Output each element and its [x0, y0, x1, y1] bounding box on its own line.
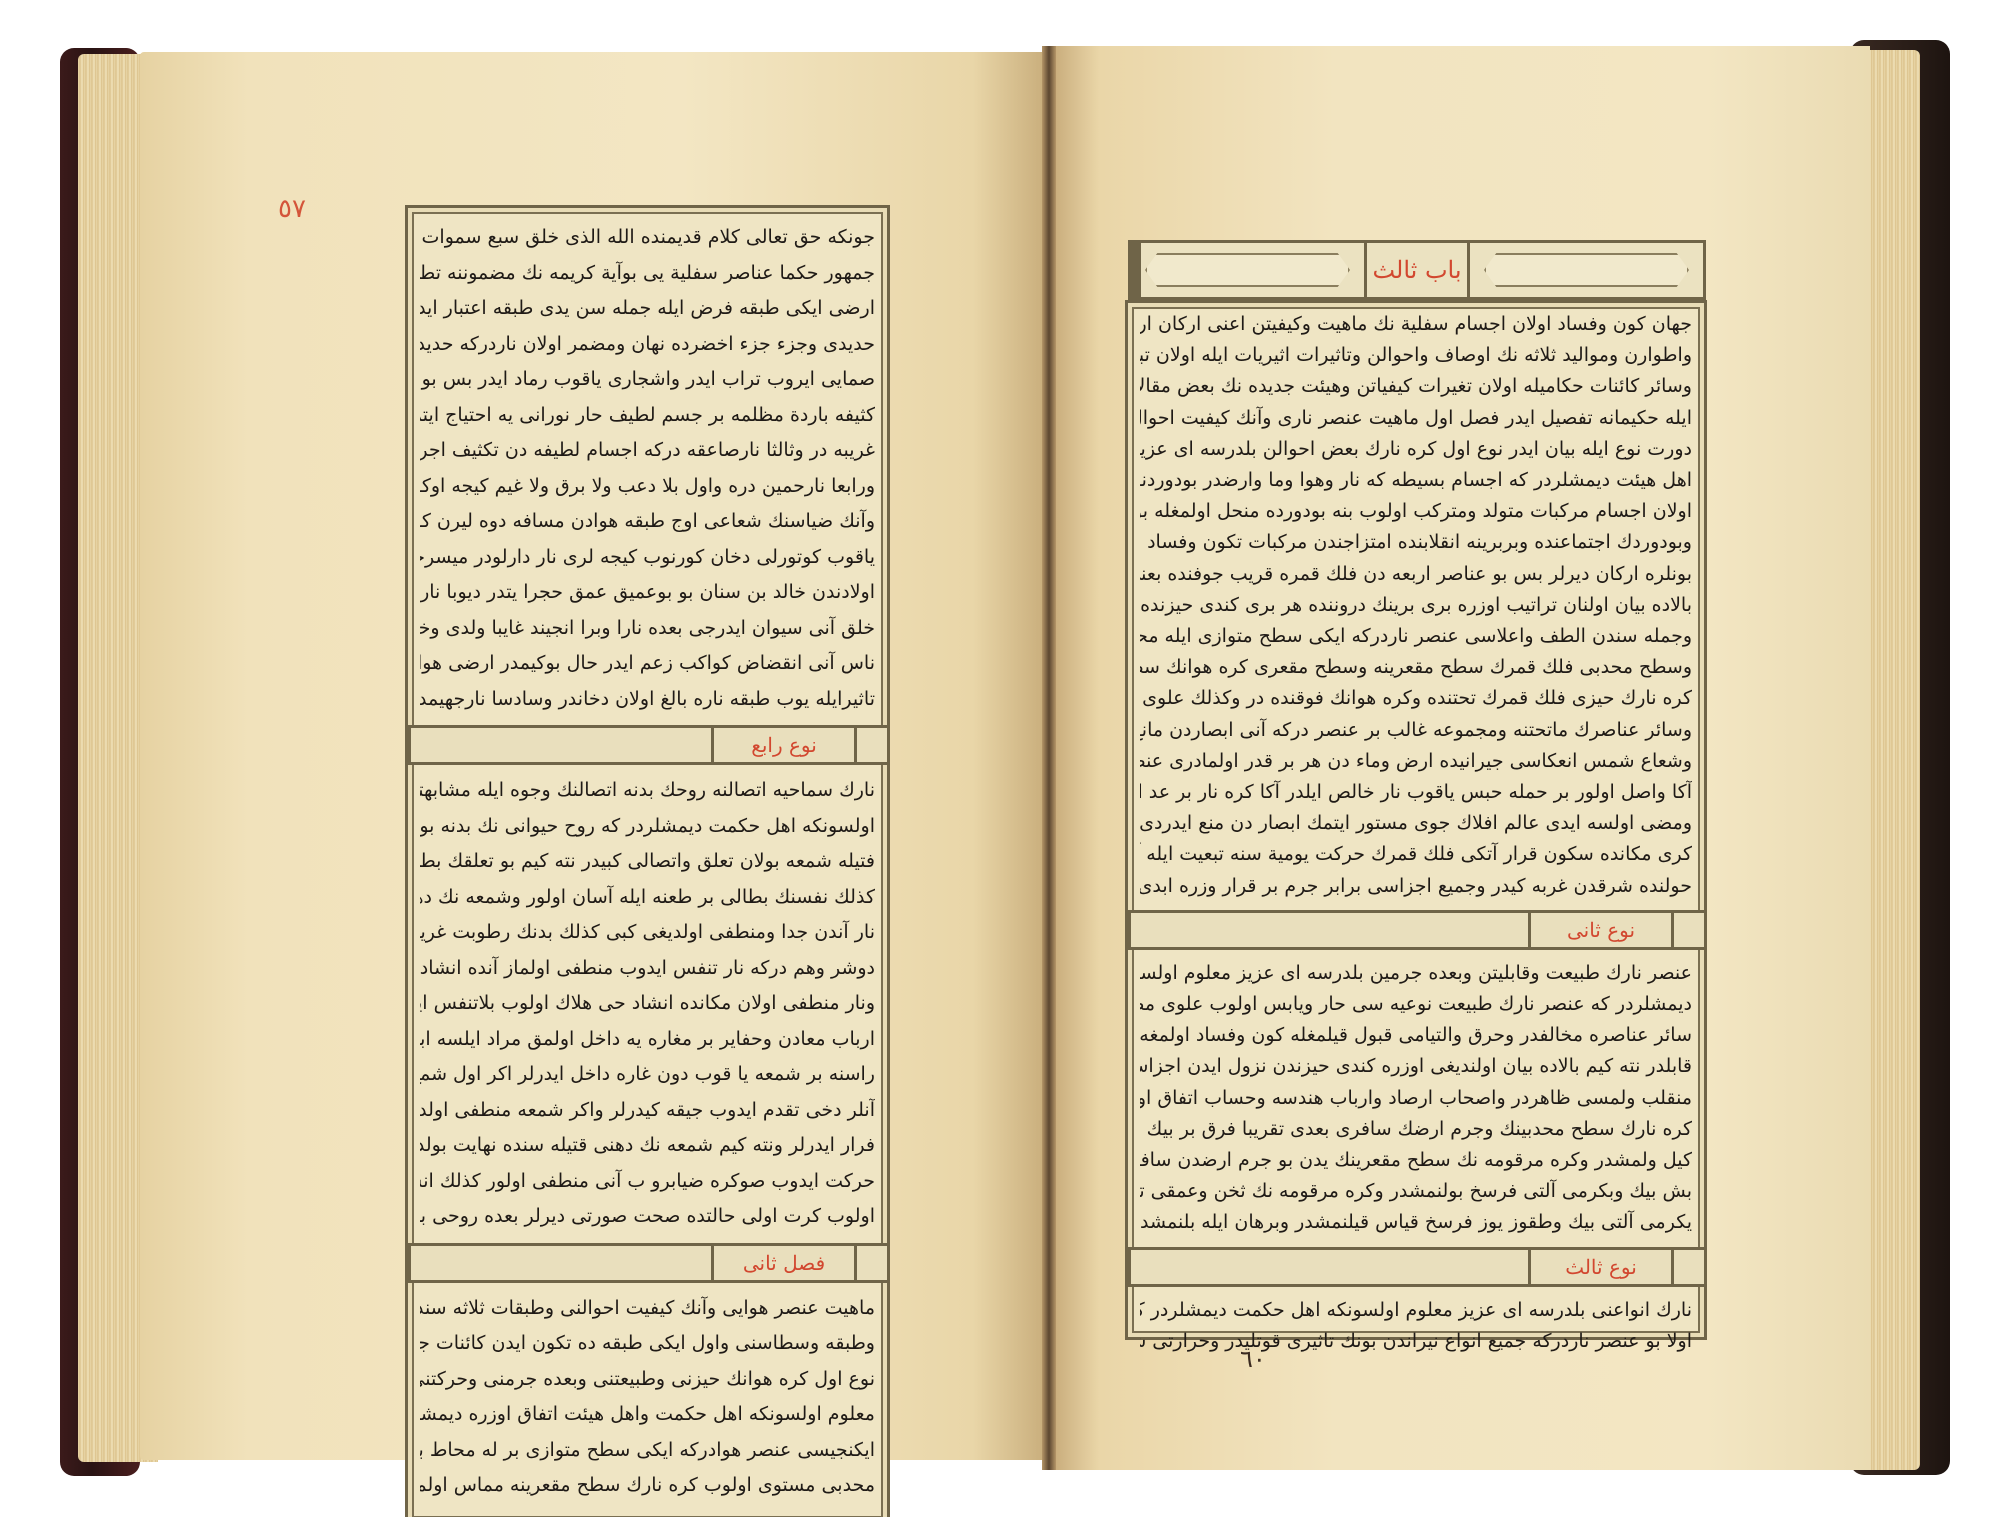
text-line: جهان كون وفساد اولان اجسام سفلية نك ماهي… — [1140, 309, 1692, 340]
text-line: تاثيرايله يوب طبقه ناره بالغ اولان دخاند… — [420, 682, 875, 718]
divider-end — [1671, 913, 1704, 947]
section-heading-divider: نوع ثانى — [1128, 910, 1704, 950]
text-line: وجمله سندن الطف واعلاسى عنصر ناردركه ايك… — [1140, 621, 1692, 652]
text-line: ايكنجيسى عنصر هوادركه ايكى سطح متوازى بر… — [420, 1433, 875, 1469]
text-line: قابلدر نته كيم بالاده بيان اولنديغى اوزر… — [1140, 1051, 1692, 1082]
section-text: جهان كون وفساد اولان اجسام سفلية نك ماهي… — [1140, 309, 1692, 902]
text-line: خلق آنى سيوان ايدرجى بعده نارا وبرا انجي… — [420, 611, 875, 647]
text-line: بونلره اركان ديرلر بس بو عناصر اربعه دن … — [1140, 559, 1692, 590]
section-text: جونكه حق تعالى كلام قديمنده الله الذى خل… — [420, 220, 875, 717]
section-heading: فصل ثانى — [711, 1246, 854, 1280]
text-line: اولان اجسام مركبات متولد ومتركب اولوب بن… — [1140, 496, 1692, 527]
text-line: آنلر دخى تقدم ايدوب جيقه كيدرلر واكر شمع… — [420, 1093, 875, 1129]
left-folio-number: ٥٧ — [278, 194, 306, 224]
text-line: وشعاع شمس انعكاسى جيرانيده ارض وماء دن ه… — [1140, 746, 1692, 777]
section-heading: نوع رابع — [711, 728, 854, 762]
text-line: نار آندن جدا ومنطفى اولديغى كبى كذلك بدن… — [420, 915, 875, 951]
text-line: كره نارك حيزى فلك قمرك تحتنده وكره هوانك… — [1140, 683, 1692, 714]
text-line: عنصر نارك طبيعت وقابليتن وبعده جرمين بلد… — [1140, 958, 1692, 989]
section-heading: نوع ثانى — [1528, 913, 1671, 947]
header-ornament-right — [1470, 243, 1703, 297]
divider-fill — [408, 728, 711, 762]
text-line: كثيفه باردة مظلمه بر جسم لطيف حار نورانى… — [420, 398, 875, 434]
text-line: كره نارك سطح محدبينك وجرم ارضك سافرى بعد… — [1140, 1114, 1692, 1145]
section-heading-divider: فصل ثانى — [408, 1243, 887, 1283]
section-heading-divider: نوع ثالث — [1128, 1247, 1704, 1287]
text-line: وبودوردك اجتماعنده وبربرينه انقلابنده ام… — [1140, 527, 1692, 558]
text-line: حولنده شرقدن غربه كيدر وجميع اجزاسى براب… — [1140, 871, 1692, 902]
text-line: حركت ايدوب صوكره ضيابرو ب آنى منطفى اولو… — [420, 1164, 875, 1200]
text-line: ديمشلردر كه عنصر نارك طبيعت نوعيه سى حار… — [1140, 989, 1692, 1020]
text-line: يكرمى آلتى بيك وطقوز يوز فرسخ قياس قيلنم… — [1140, 1207, 1692, 1238]
text-line: ناس آنى انقضاض كواكب زعم ايدر حال بوكيمد… — [420, 646, 875, 682]
text-line: اولادندن خالد بن سنان بو بوعميق عمق حجرا… — [420, 575, 875, 611]
text-line: واطوارن ومواليد ثلاثه نك اوصاف واحوالن و… — [1140, 340, 1692, 371]
right-folio-number: ٦٠ — [1240, 1345, 1266, 1373]
text-line: ياقوب كوتورلى دخان كورنوب كيجه لرى نار د… — [420, 540, 875, 576]
section-text: ماهيت عنصر هوايى وآنك كيفيت احوالنى وطبق… — [420, 1291, 875, 1504]
section-text: عنصر نارك طبيعت وقابليتن وبعده جرمين بلد… — [1140, 958, 1692, 1239]
text-line: نارك سماحيه اتصالنه روحك بدنه اتصالنك وج… — [420, 773, 875, 809]
text-line: ماهيت عنصر هوايى وآنك كيفيت احوالنى وطبق… — [420, 1291, 875, 1327]
text-line: ومضى اولسه ايدى عالم افلاك جوى مستور ايت… — [1140, 808, 1692, 839]
left-text-block: جونكه حق تعالى كلام قديمنده الله الذى خل… — [420, 220, 875, 1504]
text-line: بالاده بيان اولنان تراتيب اوزره برى برين… — [1140, 590, 1692, 621]
text-line: نوع اول كره هوانك حيزنى وطبيعتنى وبعده ج… — [420, 1362, 875, 1398]
text-line: ارباب معادن وحفاير بر مغاره يه داخل اولم… — [420, 1022, 875, 1058]
text-line: وطبقه وسطاسنى واول ايكى طبقه ده تكون ايد… — [420, 1326, 875, 1362]
divider-fill — [408, 1246, 711, 1280]
divider-end — [854, 728, 887, 762]
text-line: كيل ولمشدر وكره مرقومه نك سطح مقعرينك يد… — [1140, 1145, 1692, 1176]
text-line: ارضى ايكى طبقه فرض ايله جمله سن يدى طبقه… — [420, 291, 875, 327]
left-text-frame: جونكه حق تعالى كلام قديمنده الله الذى خل… — [405, 205, 890, 1517]
text-line: وسائر عناصرك ماتحتنه ومجموعه غالب بر عنص… — [1140, 715, 1692, 746]
text-line: دوشر وهم دركه نار تنفس ايدوب منطفى اولما… — [420, 951, 875, 987]
text-line: دورت نوع ايله بيان ايدر نوع اول كره نارك… — [1140, 434, 1692, 465]
text-line: اولا بو عنصر ناردركه جميع انواع نيراندن … — [1140, 1326, 1692, 1357]
section-heading-divider: نوع رابع — [408, 725, 887, 765]
text-line: راسنه بر شمعه يا قوب دون غاره داخل ايدرل… — [420, 1057, 875, 1093]
divider-end — [854, 1246, 887, 1280]
text-line: ونار منطفى اولان مكانده انشاد حى هلاك او… — [420, 986, 875, 1022]
text-line: اولسونكه اهل حكمت ديمشلردر كه روح حيوانى… — [420, 809, 875, 845]
text-line: آكا واصل اولور بر حمله حبس ياقوب نار خال… — [1140, 777, 1692, 808]
text-line: غريبه در وثالثا نارصاعقه دركه اجسام لطيف… — [420, 433, 875, 469]
text-line: جونكه حق تعالى كلام قديمنده الله الذى خل… — [420, 220, 875, 256]
book-gutter — [1042, 46, 1056, 1470]
text-line: ايله حكيمانه تفصيل ايدر فصل اول ماهيت عن… — [1140, 403, 1692, 434]
text-line: وسطح محدبى فلك قمرك سطح مقعرينه وسطح مقع… — [1140, 652, 1692, 683]
chapter-title: باب ثالث — [1364, 243, 1470, 297]
text-line: معلوم اولسونكه اهل حكمت واهل هيئت اتفاق … — [420, 1397, 875, 1433]
text-line: اولوب كرت اولى حالتده صحت صورتى ديرلر بع… — [420, 1199, 875, 1235]
section-text: نارك سماحيه اتصالنه روحك بدنه اتصالنك وج… — [420, 773, 875, 1235]
text-line: منقلب ولمسى ظاهردر واصحاب ارصاد وارباب ه… — [1140, 1083, 1692, 1114]
text-line: سائر عناصره مخالفدر وحرق والتيامى قبول ق… — [1140, 1020, 1692, 1051]
text-line: فتيله شمعه بولان تعلق واتصالى كبيدر نته … — [420, 844, 875, 880]
text-line: وسائر كائنات حكاميله اولان تغيرات كيفيات… — [1140, 371, 1692, 402]
text-line: نارك انواعنى بلدرسه اى عزيز معلوم اولسون… — [1140, 1295, 1692, 1326]
text-line: اهل هيئت ديمشلردر كه اجسام بسيطه كه نار … — [1140, 465, 1692, 496]
text-line: وآنك ضياسنك شعاعى اوج طبقه هوادن مسافه د… — [420, 504, 875, 540]
text-line: كرى مكانده سكون قرار آتكى فلك قمرك حركت … — [1140, 839, 1692, 870]
chapter-header-box: باب ثالث — [1128, 240, 1706, 300]
text-line: فرار ايدرلر ونته كيم شمعه نك دهنى قتيله … — [420, 1128, 875, 1164]
divider-end — [1671, 1250, 1704, 1284]
right-text-frame: جهان كون وفساد اولان اجسام سفلية نك ماهي… — [1125, 300, 1707, 1340]
text-line: ورابعا نارحمين دره واول بلا دعب ولا برق … — [420, 469, 875, 505]
text-line: كذلك نفسنك بطالى بر طعنه ايله آسان اولور… — [420, 880, 875, 916]
text-line: محدبى مستوى اولوب كره نارك سطح مقعرينه م… — [420, 1468, 875, 1504]
divider-fill — [1128, 1250, 1528, 1284]
text-line: صمايى ايروب تراب ايدر واشجارى ياقوب رماد… — [420, 362, 875, 398]
section-heading: نوع ثالث — [1528, 1250, 1671, 1284]
section-text: نارك انواعنى بلدرسه اى عزيز معلوم اولسون… — [1140, 1295, 1692, 1357]
divider-fill — [1128, 913, 1528, 947]
header-ornament-left — [1131, 243, 1364, 297]
text-line: جمهور حكما عناصر سفلية يى بوآية كريمه نك… — [420, 256, 875, 292]
text-line: حديدى وجزء جزء اخضرده نهان ومضمر اولان ن… — [420, 327, 875, 363]
right-text-block: جهان كون وفساد اولان اجسام سفلية نك ماهي… — [1140, 309, 1692, 1357]
text-line: بش بيك وبكرمى آلتى فرسخ بولنمشدر وكره مر… — [1140, 1176, 1692, 1207]
